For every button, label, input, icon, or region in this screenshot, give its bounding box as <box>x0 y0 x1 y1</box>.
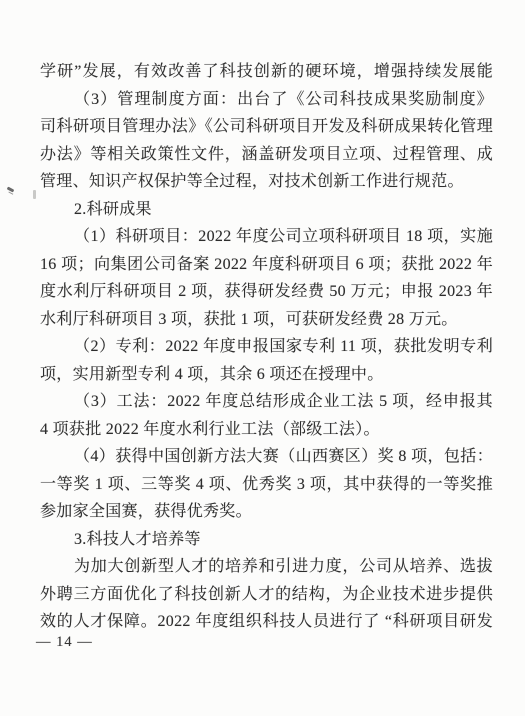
document-body: 学研”发展，有效改善了科技创新的硬环境，增强持续发展能力。（3）管理制度方面：出… <box>40 58 493 636</box>
text-line: （3）管理制度方面：出台了《公司科技成果奖励制度》《公 <box>40 86 493 114</box>
document-page: 学研”发展，有效改善了科技创新的硬环境，增强持续发展能力。（3）管理制度方面：出… <box>0 0 525 716</box>
text-line: 学研”发展，有效改善了科技创新的硬环境，增强持续发展能力。 <box>40 58 493 86</box>
text-line: （4）获得中国创新方法大赛（山西赛区）奖 8 项，包括： <box>40 443 493 471</box>
text-line: 管理、知识产权保护等全过程，对技术创新工作进行规范。 <box>40 168 493 196</box>
text-line: 效的人才保障。2022 年度组织科技人员进行了 “科研项目研发 <box>40 608 493 636</box>
text-line: 为加大创新型人才的培养和引进力度，公司从培养、选拔和 <box>40 553 493 581</box>
scan-artifact-smudge <box>33 190 36 199</box>
text-line: 办法》等相关政策性文件，涵盖研发项目立项、过程管理、成果 <box>40 141 493 169</box>
text-line: 3.科技人才培养等 <box>40 526 493 554</box>
text-line: 一等奖 1 项、三等奖 4 项、优秀奖 3 项，其中获得的一等奖推荐 <box>40 471 493 499</box>
text-line: 外聘三方面优化了科技创新人才的结构，为企业技术进步提供长 <box>40 581 493 609</box>
text-line: 16 项；向集团公司备案 2022 年度科研项目 6 项；获批 2022 年 <box>40 251 493 279</box>
text-line: 水利厅科研项目 3 项，获批 1 项，可获研发经费 28 万元。 <box>40 306 493 334</box>
text-line: （3）工法：2022 年度总结形成企业工法 5 项，经申报其中 <box>40 388 493 416</box>
text-line: 度水利厅科研项目 2 项，获得研发经费 50 万元；申报 2023 年度 <box>40 278 493 306</box>
text-line: 项，实用新型专利 4 项，其余 6 项还在授理中。 <box>40 361 493 389</box>
text-line: 4 项获批 2022 年度水利行业工法（部级工法）。 <box>40 416 493 444</box>
text-line: 2.科研成果 <box>40 196 493 224</box>
text-line: 参加家全国赛，获得优秀奖。 <box>40 498 493 526</box>
scan-artifact-speck <box>7 187 15 193</box>
text-line: （2）专利：2022 年度申报国家专利 11 项，获批发明专利 1 <box>40 333 493 361</box>
page-number: — 14 — <box>36 634 93 650</box>
text-line: （1）科研项目：2022 年度公司立项科研项目 18 项，实施 <box>40 223 493 251</box>
page-footer: — 14 — <box>36 634 93 651</box>
text-line: 司科研项目管理办法》《公司科研项目开发及科研成果转化管理 <box>40 113 493 141</box>
